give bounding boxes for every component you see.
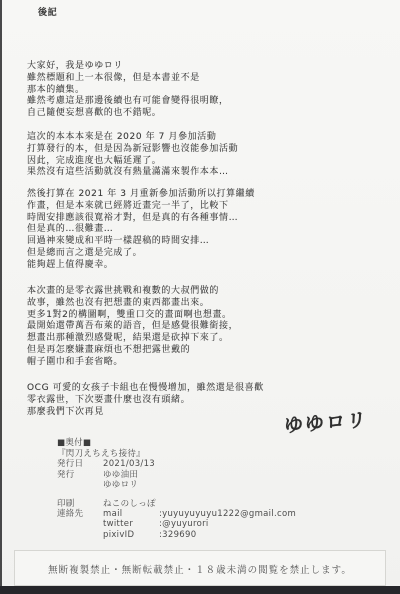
colophon-label: 発行日 <box>57 459 103 469</box>
page-title: 後記 <box>38 8 57 20</box>
copyright-notice-box: 無断複製禁止・無断転載禁止・１８歳未満の閲覧を禁止します。 <box>14 550 386 586</box>
afterword-paragraph-3: 然後打算在 2021 年 3 月重新參加活動所以打算繼續 作畫，但是本來就已經將… <box>27 189 386 272</box>
afterword-paragraph-4: 本次畫的是零衣露世挑戰和複數的大叔們做的 故事，雖然也沒有把想畫的東西都畫出來。… <box>27 286 386 369</box>
colophon-label <box>57 480 103 490</box>
colophon-label: 連絡先 <box>57 509 103 519</box>
colophon-row-pixiv: pixivID :329690 <box>57 530 380 540</box>
colophon-label: 発行 <box>57 470 103 480</box>
contact-mail-address: :yuyuyuyuyu1222@gmail.com <box>159 509 296 519</box>
contact-type-twitter: twitter <box>103 519 159 529</box>
contact-pixiv-id: :329690 <box>159 530 196 540</box>
colophon-row-publisher: 発行 ゆゆ油田 <box>57 470 380 480</box>
colophon-header: ■奥付■ <box>57 438 380 448</box>
publisher-circle: ゆゆ油田 <box>103 470 138 480</box>
afterword-page: 後記 大家好，我是ゆゆロリ 雖然標題和上一本很像，但是本書並不是 那本的續集。 … <box>0 0 400 594</box>
colophon-row-author: ゆゆロリ <box>57 480 380 490</box>
afterword-paragraph-2: 這次的本本本來是在 2020 年 7 月參加活動 打算發行的本，但是因為新冠影響… <box>27 132 386 179</box>
contact-type-mail: mail <box>103 509 159 519</box>
scan-edge-left-line <box>0 0 2 594</box>
colophon-label: 印刷 <box>57 499 103 509</box>
colophon-row-printer: 印刷 ねこのしっぽ <box>57 499 380 509</box>
author-name: ゆゆロリ <box>103 480 138 490</box>
colophon-label <box>57 519 103 529</box>
copyright-notice-text: 無断複製禁止・無断転載禁止・１８歳未満の閲覧を禁止します。 <box>48 565 352 576</box>
author-signature: ゆゆロリ <box>284 405 369 438</box>
scan-edge-bottom-bar <box>0 586 400 594</box>
colophon-row-publish-date: 発行日 2021/03/13 <box>57 459 380 469</box>
afterword-paragraph-1: 大家好，我是ゆゆロリ 雖然標題和上一本很像，但是本書並不是 那本的續集。 雖然考… <box>27 61 386 120</box>
contact-type-pixiv: pixivID <box>103 530 159 540</box>
book-title: 『閃刀えちえち接待』 <box>57 449 380 459</box>
contact-twitter-handle: :@yuyurori <box>159 519 209 529</box>
colophon-row-mail: 連絡先 mail :yuyuyuyuyu1222@gmail.com <box>57 509 380 519</box>
publish-date: 2021/03/13 <box>103 459 155 469</box>
colophon-block: ■奥付■ 『閃刀えちえち接待』 発行日 2021/03/13 発行 ゆゆ油田 ゆ… <box>57 438 380 540</box>
colophon-row-twitter: twitter :@yuyurori <box>57 519 380 529</box>
colophon-label <box>57 530 103 540</box>
printer-name: ねこのしっぽ <box>103 499 156 509</box>
